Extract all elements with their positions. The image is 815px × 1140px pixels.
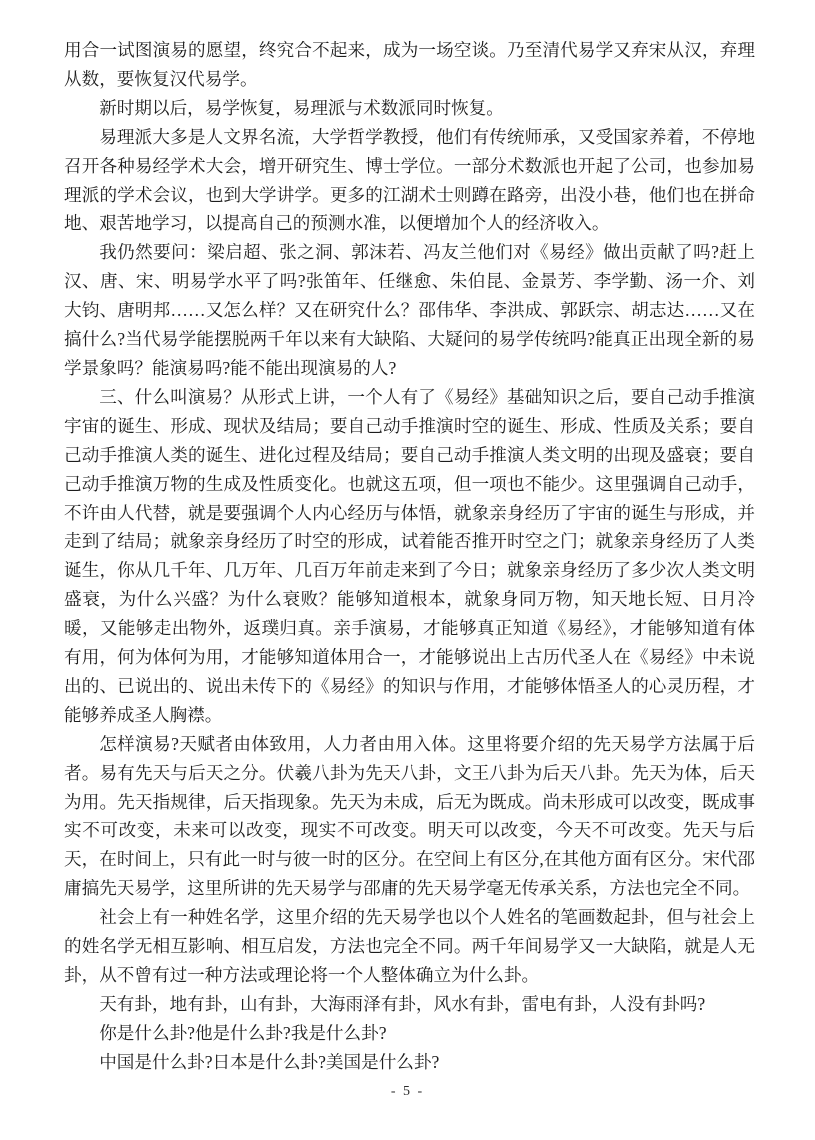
paragraph: 三、什么叫演易？从形式上讲，一个人有了《易经》基础知识之后，要自己动手推演宇宙的… xyxy=(64,383,755,730)
paragraph: 你是什么卦?他是什么卦?我是什么卦? xyxy=(64,1019,755,1048)
paragraph: 易理派大多是人文界名流，大学哲学教授，他们有传统师承，又受国家养着，不停地召开各… xyxy=(64,123,755,239)
paragraph: 天有卦，地有卦，山有卦，大海雨泽有卦，风水有卦，雷电有卦，人没有卦吗? xyxy=(64,990,755,1019)
paragraph: 新时期以后，易学恢复，易理派与术数派同时恢复。 xyxy=(64,94,755,123)
paragraph: 社会上有一种姓名学，这里介绍的先天易学也以个人姓名的笔画数起卦，但与社会上的姓名… xyxy=(64,903,755,990)
paragraph: 用合一试图演易的愿望，终究合不起来，成为一场空谈。乃至清代易学又弃宋从汉，弃理从… xyxy=(64,36,755,94)
paragraph: 怎样演易?天赋者由体致用，人力者由用入体。这里将要介绍的先天易学方法属于后者。易… xyxy=(64,730,755,903)
document-page: 用合一试图演易的愿望，终究合不起来，成为一场空谈。乃至清代易学又弃宋从汉，弃理从… xyxy=(0,0,815,1140)
paragraph: 中国是什么卦?日本是什么卦?美国是什么卦? xyxy=(64,1048,755,1077)
document-body: 用合一试图演易的愿望，终究合不起来，成为一场空谈。乃至清代易学又弃宋从汉，弃理从… xyxy=(64,36,755,1077)
paragraph: 我仍然要问：梁启超、张之洞、郭沫若、冯友兰他们对《易经》做出贡献了吗?赶上汉、唐… xyxy=(64,238,755,383)
page-number: - 5 - xyxy=(0,1084,815,1100)
